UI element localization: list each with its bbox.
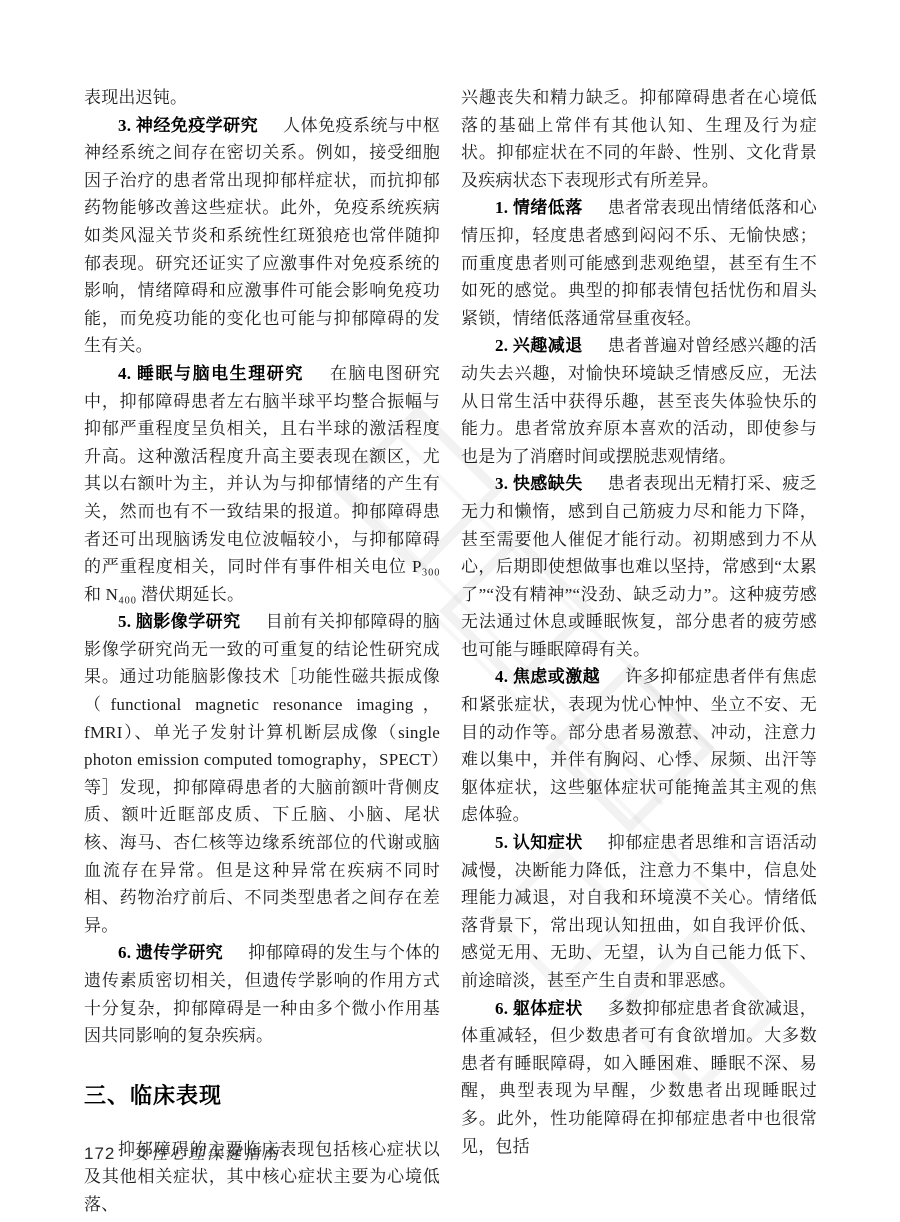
paragraph: 5. 脑影像学研究 目前有关抑郁障碍的脑影像学研究尚无一致的可重复的结论性研究成…: [84, 608, 440, 939]
paragraph: 6. 遗传学研究 抑郁障碍的发生与个体的遗传素质密切相关，但遗传学影响的作用方式…: [84, 939, 440, 1049]
run-in-heading: 5. 脑影像学研究: [118, 612, 241, 631]
right-column: 兴趣丧失和精力缺乏。抑郁障碍患者在心境低落的基础上常伴有其他认知、生理及行为症状…: [461, 84, 817, 1219]
paragraph: 3. 快感缺失 患者表现出无精打采、疲乏无力和懒惰，感到自己筋疲力尽和能力下降，…: [461, 470, 817, 663]
left-column: 表现出迟钝。3. 神经免疫学研究 人体免疫系统与中枢神经系统之间存在密切关系。例…: [84, 84, 440, 1219]
paragraph: 兴趣丧失和精力缺乏。抑郁障碍患者在心境低落的基础上常伴有其他认知、生理及行为症状…: [461, 84, 817, 194]
run-in-heading: 3. 快感缺失: [495, 474, 583, 493]
run-in-heading: 4. 睡眠与脑电生理研究: [118, 364, 304, 383]
paragraph: 表现出迟钝。: [84, 84, 440, 112]
run-in-heading: 5. 认知症状: [495, 833, 583, 852]
paragraph: 6. 躯体症状 多数抑郁症患者食欲减退，体重减轻，但少数患者可有食欲增加。大多数…: [461, 995, 817, 1161]
run-in-heading: 4. 焦虑或激越: [495, 667, 600, 686]
paragraph: 5. 认知症状 抑郁症患者思维和言语活动减慢，决断能力降低，注意力不集中，信息处…: [461, 829, 817, 995]
run-in-heading: 6. 躯体症状: [495, 999, 583, 1018]
run-in-heading: 1. 情绪低落: [495, 198, 583, 217]
page-number: 172: [84, 1144, 115, 1164]
section-heading: 三、临床表现: [84, 1081, 440, 1111]
run-in-heading: 3. 神经免疫学研究: [118, 116, 258, 135]
paragraph: 4. 焦虑或激越 许多抑郁症患者伴有焦虑和紧张症状，表现为忧心忡忡、坐立不安、无…: [461, 663, 817, 829]
page-content: 表现出迟钝。3. 神经免疫学研究 人体免疫系统与中枢神经系统之间存在密切关系。例…: [84, 84, 817, 1219]
page-footer: 172 女性心理保健指南: [84, 1140, 280, 1164]
paragraph: 3. 神经免疫学研究 人体免疫系统与中枢神经系统之间存在密切关系。例如，接受细胞…: [84, 112, 440, 360]
book-page: 表现出迟钝。3. 神经免疫学研究 人体免疫系统与中枢神经系统之间存在密切关系。例…: [0, 0, 900, 1222]
run-in-heading: 2. 兴趣减退: [495, 336, 583, 355]
book-title: 女性心理保健指南: [132, 1140, 280, 1164]
paragraph: 2. 兴趣减退 患者普遍对曾经感兴趣的活动失去兴趣，对愉快环境缺乏情感反应，无法…: [461, 332, 817, 470]
paragraph: 4. 睡眠与脑电生理研究 在脑电图研究中，抑郁障碍患者左右脑半球平均整合振幅与抑…: [84, 360, 440, 608]
paragraph: 1. 情绪低落 患者常表现出情绪低落和心情压抑，轻度患者感到闷闷不乐、无愉快感；…: [461, 194, 817, 332]
run-in-heading: 6. 遗传学研究: [118, 943, 223, 962]
